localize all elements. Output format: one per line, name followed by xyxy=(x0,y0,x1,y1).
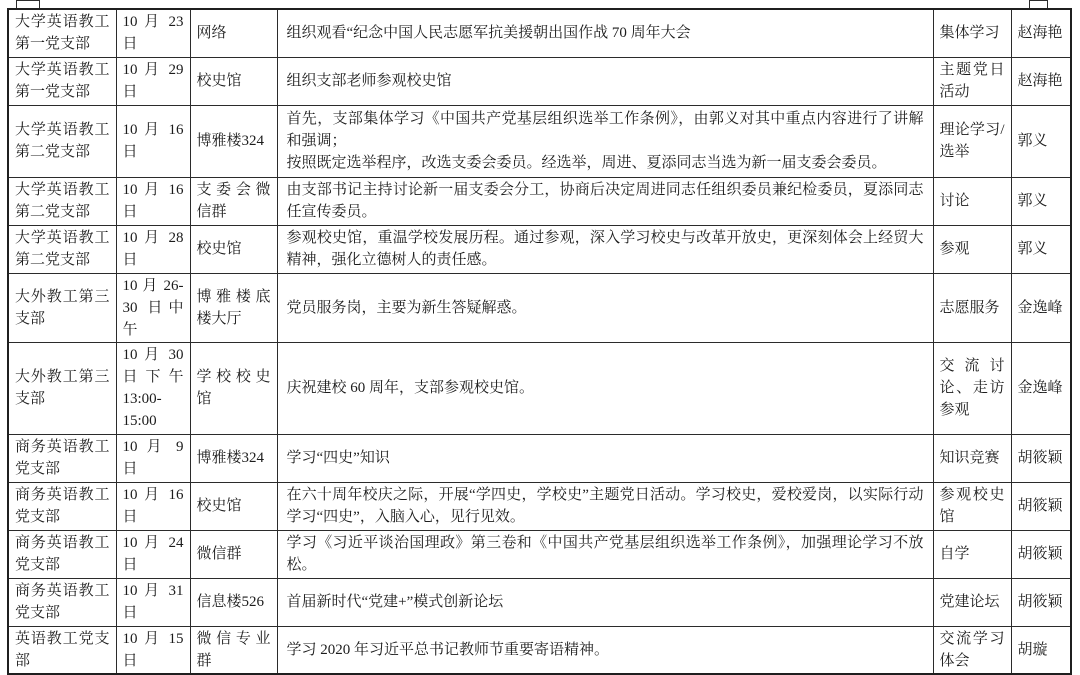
date-cell: 10 月 29 日 xyxy=(116,57,190,105)
type-cell: 主题党日活动 xyxy=(933,57,1011,105)
content-cell: 首届新时代“党建+”模式创新论坛 xyxy=(277,578,933,626)
location-cell: 支委会微信群 xyxy=(190,177,277,225)
location-cell: 校史馆 xyxy=(190,57,277,105)
branch-cell: 商务英语教工党支部 xyxy=(8,578,116,626)
person-cell: 郭义 xyxy=(1011,225,1071,273)
person-cell: 胡璇 xyxy=(1011,626,1071,674)
date-cell: 10 月 16 日 xyxy=(116,482,190,530)
person-cell: 赵海艳 xyxy=(1011,9,1071,57)
branch-cell: 大学英语教工第二党支部 xyxy=(8,105,116,177)
content-cell: 组织观看“纪念中国人民志愿军抗美援朝出国作战 70 周年大会 xyxy=(277,9,933,57)
branch-cell: 英语教工党支部 xyxy=(8,626,116,674)
person-cell: 郭义 xyxy=(1011,177,1071,225)
type-cell: 理论学习/选举 xyxy=(933,105,1011,177)
content-cell: 党员服务岗，主要为新生答疑解惑。 xyxy=(277,273,933,342)
date-cell: 10 月 23 日 xyxy=(116,9,190,57)
date-cell: 10 月 24 日 xyxy=(116,530,190,578)
type-cell: 讨论 xyxy=(933,177,1011,225)
content-cell: 在六十周年校庆之际，开展“学四史，学校史”主题党日活动。学习校史，爱校爱岗，以实… xyxy=(277,482,933,530)
party-branch-activity-table: 大学英语教工第一党支部10 月 23 日网络组织观看“纪念中国人民志愿军抗美援朝… xyxy=(7,8,1072,675)
table-row: 商务英语教工党支部10 月 24 日微信群学习《习近平谈治国理政》第三卷和《中国… xyxy=(8,530,1071,578)
branch-cell: 大学英语教工第一党支部 xyxy=(8,57,116,105)
content-cell: 组织支部老师参观校史馆 xyxy=(277,57,933,105)
type-cell: 知识竞赛 xyxy=(933,434,1011,482)
table-row: 大外教工第三支部10 月 30 日下午 13:00-15:00学校校史馆庆祝建校… xyxy=(8,342,1071,434)
location-cell: 网络 xyxy=(190,9,277,57)
branch-cell: 商务英语教工党支部 xyxy=(8,434,116,482)
date-cell: 10 月 26-30 日中午 xyxy=(116,273,190,342)
date-cell: 10 月 28 日 xyxy=(116,225,190,273)
activity-table-body: 大学英语教工第一党支部10 月 23 日网络组织观看“纪念中国人民志愿军抗美援朝… xyxy=(8,9,1071,674)
date-cell: 10 月 16 日 xyxy=(116,105,190,177)
table-row: 大学英语教工第一党支部10 月 23 日网络组织观看“纪念中国人民志愿军抗美援朝… xyxy=(8,9,1071,57)
person-cell: 赵海艳 xyxy=(1011,57,1071,105)
person-cell: 胡筱颖 xyxy=(1011,530,1071,578)
branch-cell: 大学英语教工第二党支部 xyxy=(8,177,116,225)
location-cell: 博雅楼324 xyxy=(190,105,277,177)
table-row: 大学英语教工第一党支部10 月 29 日校史馆组织支部老师参观校史馆主题党日活动… xyxy=(8,57,1071,105)
table-row: 英语教工党支部10 月 15 日微信专业群学习 2020 年习近平总书记教师节重… xyxy=(8,626,1071,674)
location-cell: 校史馆 xyxy=(190,482,277,530)
location-cell: 博雅楼底楼大厅 xyxy=(190,273,277,342)
table-row: 大学英语教工第二党支部10 月 16 日博雅楼324首先，支部集体学习《中国共产… xyxy=(8,105,1071,177)
branch-cell: 大学英语教工第一党支部 xyxy=(8,9,116,57)
table-row: 商务英语教工党支部10 月 16 日校史馆在六十周年校庆之际，开展“学四史，学校… xyxy=(8,482,1071,530)
table-row: 大外教工第三支部10 月 26-30 日中午博雅楼底楼大厅党员服务岗，主要为新生… xyxy=(8,273,1071,342)
date-cell: 10 月 9 日 xyxy=(116,434,190,482)
branch-cell: 商务英语教工党支部 xyxy=(8,530,116,578)
document-page: 大学英语教工第一党支部10 月 23 日网络组织观看“纪念中国人民志愿军抗美援朝… xyxy=(0,0,1080,675)
content-cell: 学习“四史”知识 xyxy=(277,434,933,482)
date-cell: 10 月 31 日 xyxy=(116,578,190,626)
date-cell: 10 月 30 日下午 13:00-15:00 xyxy=(116,342,190,434)
date-cell: 10 月 16 日 xyxy=(116,177,190,225)
branch-cell: 大学英语教工第二党支部 xyxy=(8,225,116,273)
content-cell: 庆祝建校 60 周年，支部参观校史馆。 xyxy=(277,342,933,434)
person-cell: 郭义 xyxy=(1011,105,1071,177)
content-cell: 参观校史馆，重温学校发展历程。通过参观，深入学习校史与改革开放史，更深刻体会上经… xyxy=(277,225,933,273)
content-cell: 学习 2020 年习近平总书记教师节重要寄语精神。 xyxy=(277,626,933,674)
person-cell: 胡筱颖 xyxy=(1011,578,1071,626)
person-cell: 胡筱颖 xyxy=(1011,434,1071,482)
location-cell: 微信群 xyxy=(190,530,277,578)
table-row: 大学英语教工第二党支部10 月 28 日校史馆参观校史馆，重温学校发展历程。通过… xyxy=(8,225,1071,273)
location-cell: 微信专业群 xyxy=(190,626,277,674)
content-cell: 学习《习近平谈治国理政》第三卷和《中国共产党基层组织选举工作条例》，加强理论学习… xyxy=(277,530,933,578)
content-cell: 首先，支部集体学习《中国共产党基层组织选举工作条例》，由郭义对其中重点内容进行了… xyxy=(277,105,933,177)
location-cell: 博雅楼324 xyxy=(190,434,277,482)
table-row: 大学英语教工第二党支部10 月 16 日支委会微信群由支部书记主持讨论新一届支委… xyxy=(8,177,1071,225)
content-cell: 由支部书记主持讨论新一届支委会分工，协商后决定周进同志任组织委员兼纪检委员，夏添… xyxy=(277,177,933,225)
branch-cell: 大外教工第三支部 xyxy=(8,342,116,434)
type-cell: 志愿服务 xyxy=(933,273,1011,342)
table-row: 商务英语教工党支部10 月 9 日博雅楼324学习“四史”知识知识竞赛胡筱颖 xyxy=(8,434,1071,482)
type-cell: 党建论坛 xyxy=(933,578,1011,626)
person-cell: 金逸峰 xyxy=(1011,342,1071,434)
type-cell: 集体学习 xyxy=(933,9,1011,57)
branch-cell: 大外教工第三支部 xyxy=(8,273,116,342)
table-row: 商务英语教工党支部10 月 31 日信息楼526首届新时代“党建+”模式创新论坛… xyxy=(8,578,1071,626)
location-cell: 学校校史馆 xyxy=(190,342,277,434)
type-cell: 参观 xyxy=(933,225,1011,273)
person-cell: 胡筱颖 xyxy=(1011,482,1071,530)
person-cell: 金逸峰 xyxy=(1011,273,1071,342)
date-cell: 10 月 15 日 xyxy=(116,626,190,674)
type-cell: 自学 xyxy=(933,530,1011,578)
type-cell: 交流讨论、走访参观 xyxy=(933,342,1011,434)
type-cell: 交流学习体会 xyxy=(933,626,1011,674)
location-cell: 校史馆 xyxy=(190,225,277,273)
location-cell: 信息楼526 xyxy=(190,578,277,626)
type-cell: 参观校史馆 xyxy=(933,482,1011,530)
branch-cell: 商务英语教工党支部 xyxy=(8,482,116,530)
